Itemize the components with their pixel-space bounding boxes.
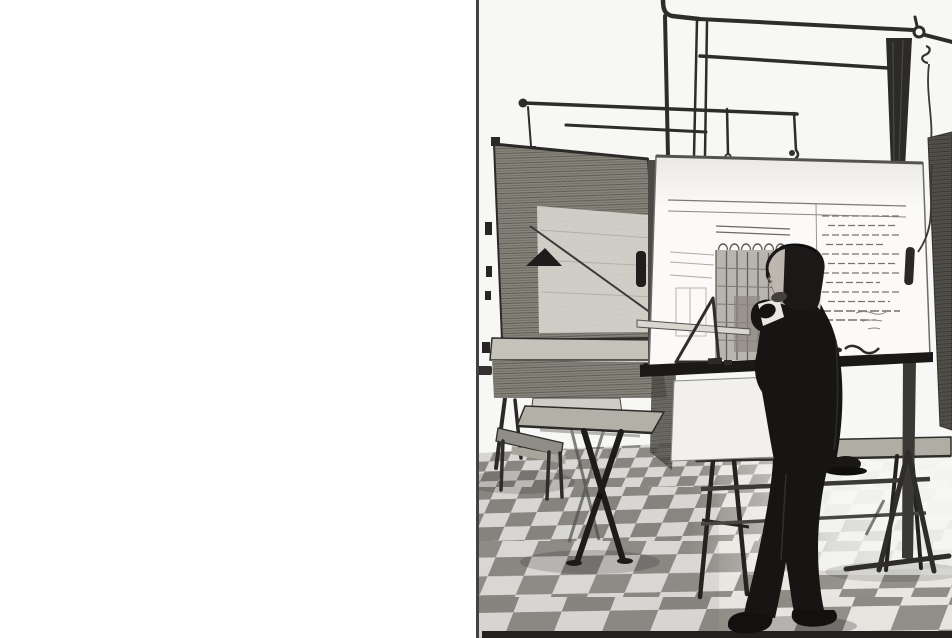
bottom-border: [482, 631, 952, 638]
engraving-illustration: [0, 0, 952, 638]
trestle-bar: [490, 338, 662, 360]
illustration-area: [465, 0, 952, 638]
page-divider-rule: [476, 0, 479, 638]
board-handle: [636, 251, 646, 287]
page: [0, 0, 952, 638]
